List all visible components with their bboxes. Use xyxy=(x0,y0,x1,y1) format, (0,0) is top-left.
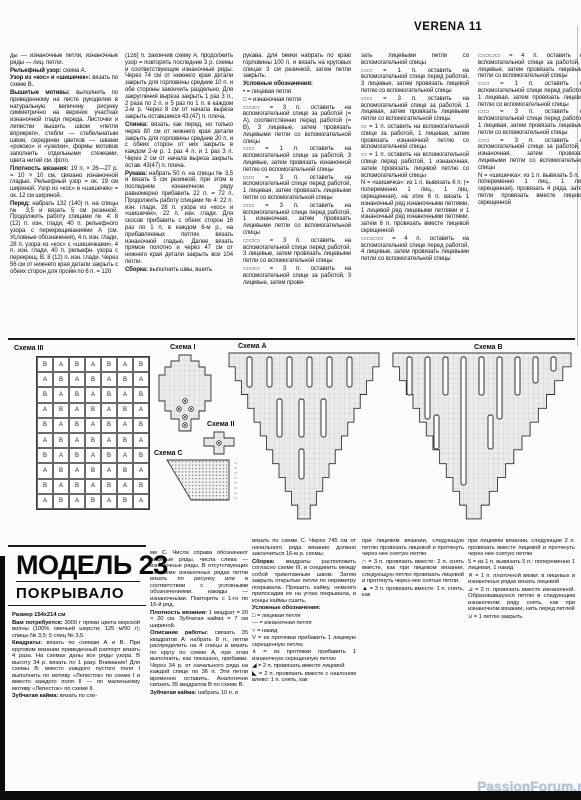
paragraph: ∧ = из протяжки прибавить 1 изнаночную с… xyxy=(252,649,356,662)
top-column-4: зать лицевыми петли со вспомогательной с… xyxy=(361,53,469,343)
paragraph: ○ = накид xyxy=(252,628,356,635)
grid-cell: B xyxy=(117,433,133,448)
paragraph: Условные обозначения: xyxy=(252,605,356,612)
paragraph: ▭▭ = 3 п. оставить на вспомогательной сп… xyxy=(243,203,351,237)
grid-cell: B xyxy=(53,494,69,509)
grid-cell: B xyxy=(133,418,149,433)
grid-cell: A xyxy=(101,463,117,478)
grid-cell: A xyxy=(133,403,149,418)
grid-cell: A xyxy=(85,479,101,494)
scheme-c-label: Схема C xyxy=(154,450,183,457)
grid-cell: A xyxy=(37,433,53,448)
bottom-column-2: ме С. Числа справа обозначают лицевые ря… xyxy=(150,550,248,790)
paragraph: Вышитые мотивы: выполнить по приведенном… xyxy=(10,90,118,165)
paragraph: ▭▭ = 3 п. оставить на вспомогательной сп… xyxy=(478,138,581,172)
grid-cell: B xyxy=(85,494,101,509)
grid-cell: B xyxy=(133,448,149,463)
paragraph: при лицевом вязании, следующую петлю про… xyxy=(362,538,464,558)
section-divider xyxy=(8,338,575,340)
bottom-column-1: Размер 154х214 смВам потребуется: 3000 г… xyxy=(12,612,140,790)
grid-cell: B xyxy=(133,479,149,494)
grid-cell: A xyxy=(117,387,133,402)
paragraph: Описание работы: связать 35 квадратов А:… xyxy=(150,630,248,689)
grid-cell: A xyxy=(69,372,85,387)
scheme-a-chart xyxy=(228,352,385,526)
grid-cell: B xyxy=(117,372,133,387)
paragraph: ▭ = 1 п. оставить на вспомогательной спи… xyxy=(361,152,469,179)
model-name: ПОКРЫВАЛО xyxy=(16,585,125,602)
top-column-5: ▭▭▭▭ = 4 п. оставить на вспомогательной … xyxy=(478,53,581,343)
paragraph: ∩ = 3 п. провязать вместе: 2 п. снять вм… xyxy=(362,559,464,585)
grid-cell: B xyxy=(69,479,85,494)
scan-left-border xyxy=(0,556,5,800)
paragraph: Зубчатая кайма: вязать по схе- xyxy=(12,693,140,700)
scan-bottom-border xyxy=(0,791,581,800)
paragraph: Сборка: квадраты расположить согласно сх… xyxy=(252,559,356,605)
grid-cell: B xyxy=(101,448,117,463)
model-rule-mid xyxy=(16,581,140,582)
paragraph: ▭▭▭▭ = 4 п. оставить на вспомогательной … xyxy=(478,53,581,80)
paragraph: при лицевом вязании, следующие 2 п. пров… xyxy=(468,538,575,558)
grid-cell: A xyxy=(85,418,101,433)
grid-cell: B xyxy=(69,387,85,402)
grid-cell: A xyxy=(101,372,117,387)
grid-cell: A xyxy=(53,418,69,433)
grid-cell: B xyxy=(85,403,101,418)
grid-cell: A xyxy=(133,463,149,478)
top-column-2: (128) п. Закончив схему А, продолжить уз… xyxy=(125,53,233,343)
grid-cell: B xyxy=(53,433,69,448)
paragraph: рукава. Для бейки набрать по краю горлов… xyxy=(243,53,351,80)
grid-cell: B xyxy=(69,357,85,372)
grid-cell: A xyxy=(101,433,117,448)
grid-cell: B xyxy=(37,479,53,494)
grid-cell: B xyxy=(85,372,101,387)
paragraph: ◢ = 2 п. провязать вместе лицевой xyxy=(252,663,356,670)
paragraph: — = изнаночная петля xyxy=(252,620,356,627)
paragraph: ды — изнаночные петли, изнаночные ряды —… xyxy=(10,53,118,67)
grid-cell: B xyxy=(37,418,53,433)
paragraph: Вам потребуется: 3000 г пряжи цвета морс… xyxy=(12,620,140,640)
paragraph: ▭▭ = 3 п. оставить на вспомогательной сп… xyxy=(243,175,351,202)
grid-cell: B xyxy=(53,372,69,387)
bottom-column-4: при лицевом вязании, следующую петлю про… xyxy=(362,538,464,790)
grid-cell: A xyxy=(85,387,101,402)
grid-cell: B xyxy=(85,433,101,448)
grid-cell: A xyxy=(133,494,149,509)
grid-cell: A xyxy=(133,433,149,448)
top-column-3: рукава. Для бейки набрать по краю горлов… xyxy=(243,53,351,343)
grid-cell: B xyxy=(133,387,149,402)
paragraph: Спинка: вязать, как перед, но только чер… xyxy=(125,122,233,170)
grid-cell: B xyxy=(101,387,117,402)
grid-cell: A xyxy=(37,463,53,478)
paragraph: • = лицевая петля xyxy=(243,89,351,96)
paragraph: ▭▭ = 3 п. оставить на вспомогательной сп… xyxy=(478,109,581,136)
paragraph: вязать по схеме С. Через 745 см от начал… xyxy=(252,538,356,558)
grid-cell: A xyxy=(53,448,69,463)
magazine-page: VERENA 11 ды — изнаночные петли, изнаноч… xyxy=(0,0,581,800)
grid-cell: A xyxy=(53,479,69,494)
grid-cell: B xyxy=(85,463,101,478)
paragraph: ▭▭▭ = 3 п. оставить на вспомогательной с… xyxy=(243,266,351,286)
paragraph: Сборка: выполнить швы, вшить xyxy=(125,267,233,274)
paragraph: ✕ = 1 п. платочной вязки: в лицевых и из… xyxy=(468,573,575,586)
bottom-column-3: вязать по схеме С. Через 745 см от начал… xyxy=(252,538,356,790)
paragraph: ▲ = 3 п. провязать вместе: 1 п. снять, к… xyxy=(362,586,464,599)
scheme-iii-label: Схема III xyxy=(14,345,43,352)
paragraph: □ = лицевая петля xyxy=(252,613,356,620)
paragraph: □ = изнаночная петля xyxy=(243,97,351,104)
grid-cell: B xyxy=(37,448,53,463)
model-rule-bottom xyxy=(8,605,146,606)
grid-cell: B xyxy=(37,387,53,402)
top-column-1: ды — изнаночные петли, изнаночные ряды —… xyxy=(10,53,118,343)
grid-cell: A xyxy=(37,403,53,418)
grid-cell: A xyxy=(101,403,117,418)
grid-cell: A xyxy=(117,357,133,372)
grid-cell: B xyxy=(69,448,85,463)
grid-cell: B xyxy=(101,418,117,433)
paragraph: Рукава: набрать 50 п. на спицы № 3,5 и в… xyxy=(125,171,233,266)
grid-cell: B xyxy=(53,403,69,418)
grid-cell: A xyxy=(69,403,85,418)
bottom-column-5: при лицевом вязании, следующие 2 п. пров… xyxy=(468,538,575,773)
grid-cell: A xyxy=(69,433,85,448)
paragraph: ▭▭▭▭ = 4 п. оставить на вспомогательной … xyxy=(361,236,469,263)
paragraph: V = из протяжки прибавить 1 лицевую скре… xyxy=(252,635,356,648)
scheme-i-label: Схема I xyxy=(170,344,195,351)
grid-cell: A xyxy=(85,448,101,463)
grid-cell: A xyxy=(133,372,149,387)
model-rule-top xyxy=(8,545,146,547)
grid-cell: A xyxy=(117,479,133,494)
grid-cell: A xyxy=(53,387,69,402)
scheme-a-label: Схема А xyxy=(238,343,267,350)
grid-cell: A xyxy=(85,357,101,372)
grid-cell: A xyxy=(117,418,133,433)
grid-cell: A xyxy=(69,494,85,509)
grid-cell: B xyxy=(53,463,69,478)
paragraph: 5 = из 1 п. вывязать 5 п.: попеременно 1… xyxy=(468,559,575,572)
grid-cell: B xyxy=(37,357,53,372)
paragraph: ▭▭ = 1 п. оставить на вспомогательной сп… xyxy=(361,68,469,95)
grid-cell: B xyxy=(133,357,149,372)
model-number: МОДЕЛЬ 23 xyxy=(16,550,168,581)
paragraph: N = «шишечка»: из 1 п. вывязать 5 п. (= … xyxy=(478,173,581,207)
paragraph: ▭▭ = 3 п. оставить на вспомогательной сп… xyxy=(361,96,469,123)
grid-cell: B xyxy=(117,494,133,509)
paragraph: ▭ = 1 п. оставить на вспомогательной спи… xyxy=(361,124,469,151)
paragraph: Рельефный узор: схема А. xyxy=(10,68,118,75)
paragraph: ⊿ = 2 п. провязать вместе изнаночной. Об… xyxy=(468,587,575,613)
paragraph: Квадраты: вязать по схемам А и В. При кр… xyxy=(12,640,140,692)
paragraph: ме С. Числа справа обозначают лицевые ря… xyxy=(150,550,248,609)
scheme-b-label: Схема В xyxy=(474,344,503,351)
scheme-c-chart xyxy=(156,459,239,509)
paragraph: зать лицевыми петли со вспомогательной с… xyxy=(361,53,469,67)
paragraph: ∪ = 1 петлю закрыть xyxy=(468,614,575,621)
grid-cell: B xyxy=(101,357,117,372)
paragraph: Плотность вязания: 19 п. × 26—27 р. = 10… xyxy=(10,166,118,200)
grid-cell: A xyxy=(117,448,133,463)
scheme-iii-grid: BABABABABABABABABABABABABABABABABABABABA… xyxy=(36,356,150,510)
grid-cell: A xyxy=(101,494,117,509)
grid-cell: B xyxy=(69,418,85,433)
page-header: VERENA 11 xyxy=(414,21,482,33)
grid-cell: A xyxy=(69,463,85,478)
paragraph: ▭▭ = 1 п. оставить на вспомогательной сп… xyxy=(243,146,351,173)
paragraph: ▭▭▭ = 3 п. оставить на вспомогательной с… xyxy=(243,105,351,146)
paragraph: Перед: набрать 132 (140) п. на спицы № 3… xyxy=(10,201,118,276)
paragraph: ▭▭ = 1 п. оставить на вспомогательной сп… xyxy=(478,81,581,108)
grid-cell: A xyxy=(37,494,53,509)
paragraph: Условные обозначения: xyxy=(243,81,351,88)
grid-cell: B xyxy=(101,479,117,494)
paragraph: Плотность вязания: 1 квадрат = 20 × 20 с… xyxy=(150,610,248,630)
paragraph: ▭▭▭ = 3 п. оставить на вспомогательной с… xyxy=(243,238,351,265)
paragraph: Зубчатая кайма: набрать 10 п. и xyxy=(150,690,248,697)
grid-cell: A xyxy=(53,357,69,372)
paragraph: ◣ = 2 п. провязать вместе с наклоном вле… xyxy=(252,671,356,684)
grid-cell: B xyxy=(117,403,133,418)
grid-cell: A xyxy=(37,372,53,387)
scheme-b-chart xyxy=(392,352,577,526)
paragraph: Размер 154х214 см xyxy=(12,612,140,619)
paragraph: Узор из «кос» и «шишечек»: вязать по схе… xyxy=(10,75,118,89)
paragraph: (128) п. Закончив схему А, продолжить уз… xyxy=(125,53,233,121)
grid-cell: B xyxy=(117,463,133,478)
paragraph: N = «шишечка»: из 1 п. вывязать 6 п. (= … xyxy=(361,180,469,234)
